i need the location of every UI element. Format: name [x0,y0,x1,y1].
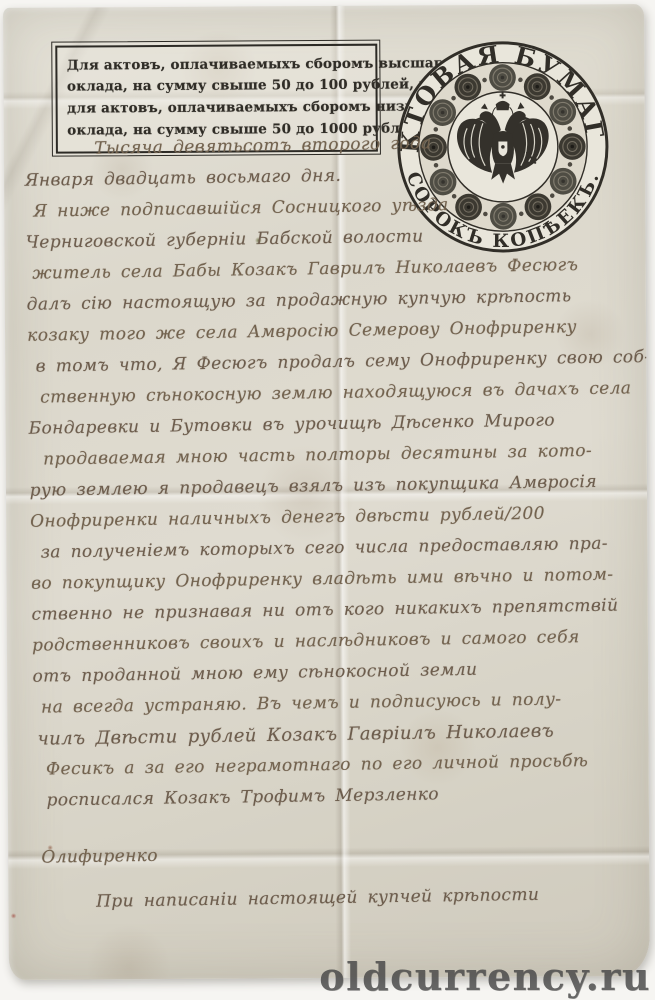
document-paper: Для актовъ, оплачиваемыхъ сборомъ высшаг… [3,4,650,980]
document-photo: Для актовъ, оплачиваемыхъ сборомъ высшаг… [0,0,655,1000]
handwritten-deed-text: Тысяча девятьсотъ второго года Января дв… [24,125,648,919]
manuscript-line: При написаніи настоящей купчей крѣпости [96,878,648,918]
fee-notice-line: для актовъ, оплачиваемыхъ сборомъ низшаг… [67,97,365,121]
fee-notice-line: оклада, на сумму свыше 50 до 100 рублей,… [67,75,365,99]
fee-notice-line: Для актовъ, оплачиваемыхъ сборомъ высшаг… [67,53,365,77]
manuscript-line-signature: Олифиренко [41,833,647,874]
watermark-text: oldcurrency.ru [319,958,651,996]
